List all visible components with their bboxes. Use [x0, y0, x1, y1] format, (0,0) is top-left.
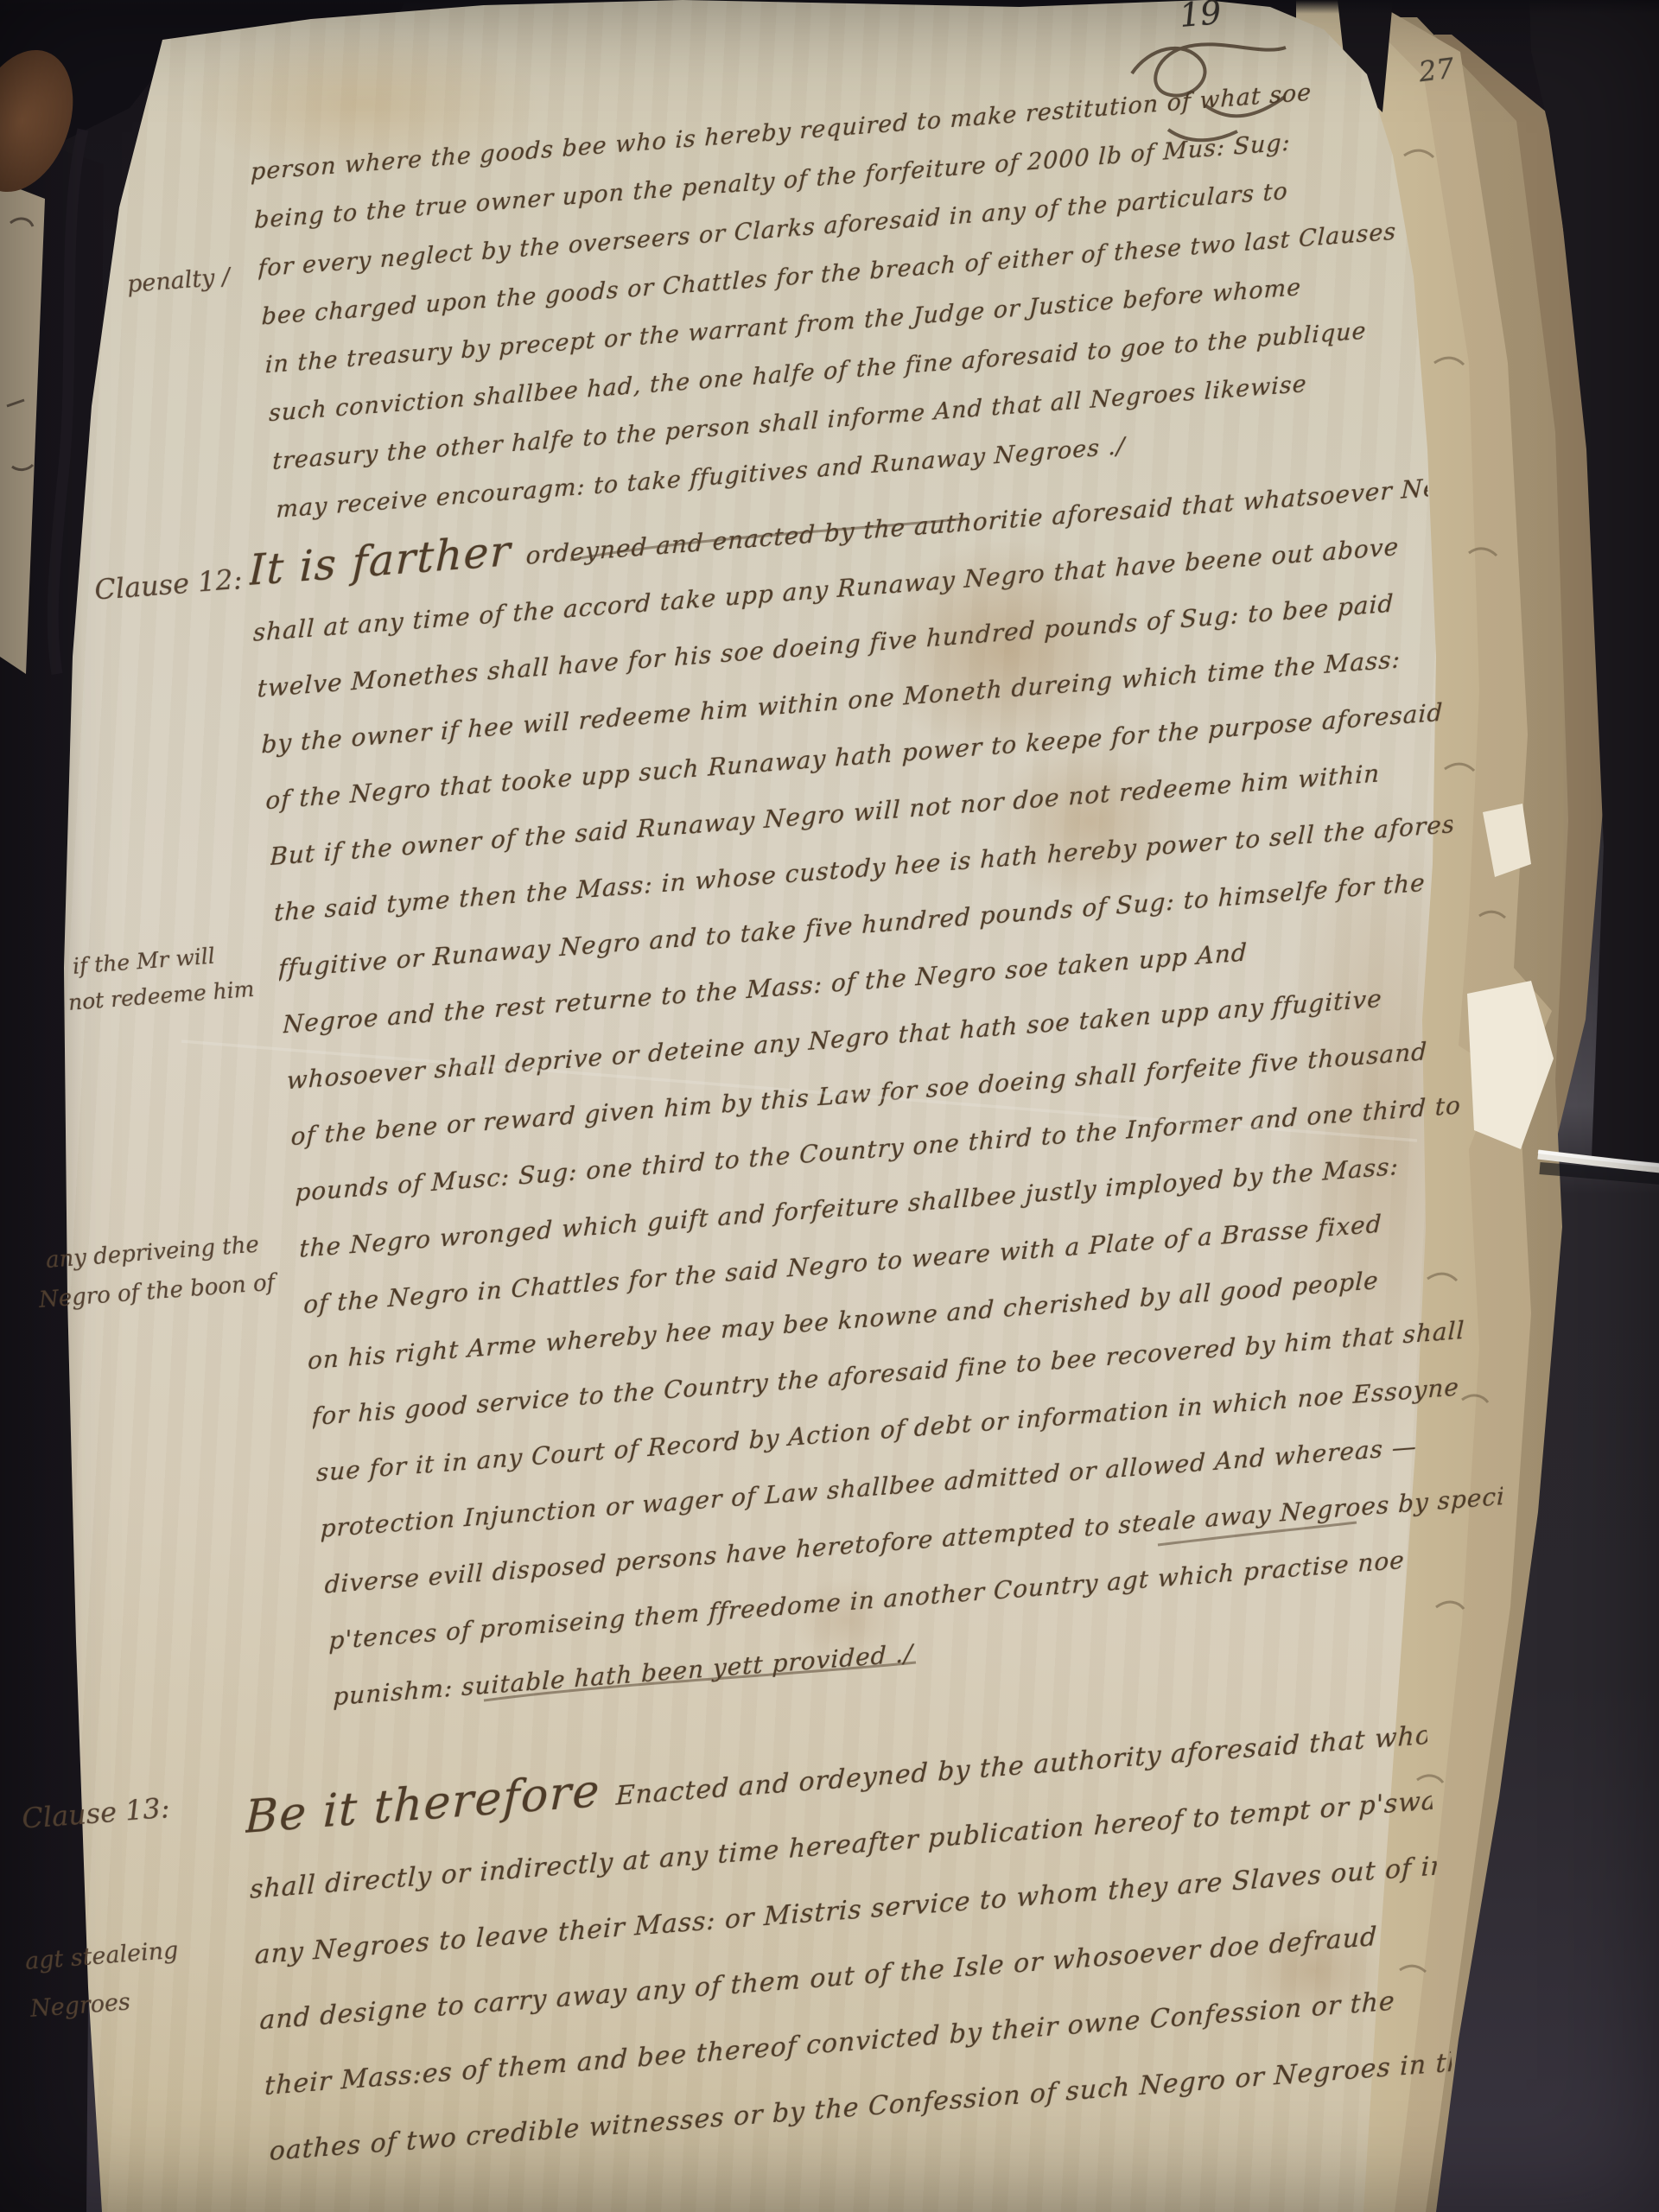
photo-detail-overlay [0, 0, 1659, 2212]
sliver-ink-marks [7, 219, 33, 470]
edge-ink-fragments [1400, 150, 1505, 1972]
gutter-shadow-line [53, 130, 83, 674]
manuscript-photo: 19 27 penalty / Clause 12: if the Mr wil… [0, 0, 1659, 2212]
white-cord [1538, 1152, 1659, 1179]
page-crease [181, 1041, 1417, 1141]
strike-flourish [484, 518, 1357, 1700]
ink-flourish [1132, 44, 1286, 140]
